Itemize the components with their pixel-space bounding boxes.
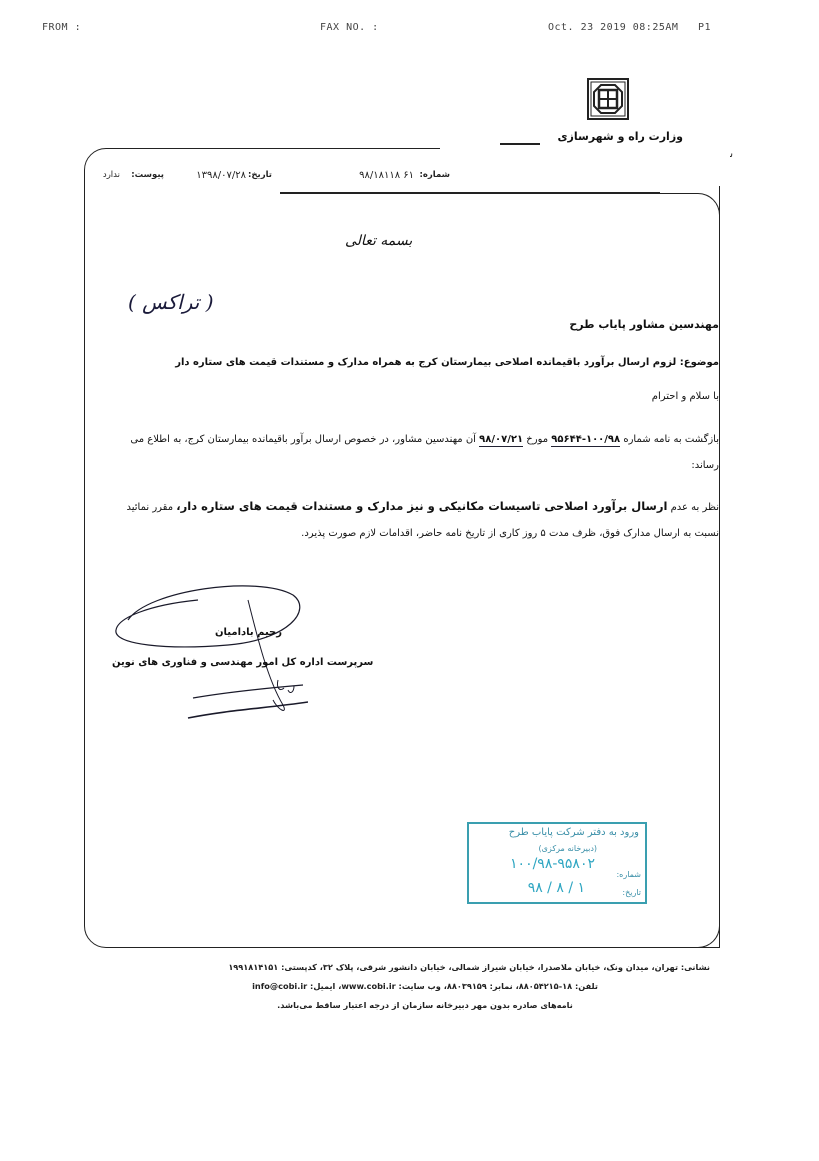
fax-number-label: FAX NO. : [320, 22, 379, 33]
ministry-emblem-icon [587, 78, 629, 120]
letter-frame-top-divider [280, 192, 660, 194]
ministry-name: وزارت راه و شهرسازی [473, 130, 733, 143]
attachment-value: ندارد [103, 170, 120, 180]
salutation: با سلام و احترام [652, 391, 719, 402]
footer-contact: تلفن: ۱۸-۸۸۰۵۴۲۱۵، نمابر: ۸۸۰۳۹۱۵۹، وب س… [140, 977, 710, 996]
para1-mid: مورخ [526, 434, 548, 445]
fax-page: P1 [698, 22, 711, 33]
stamp-number-label: شماره: [616, 870, 641, 879]
reference-number: ۱۰۰/۹۸-۹۵۶۴۴ [551, 434, 620, 447]
fax-timestamp-value: Oct. 23 2019 08:25AM [548, 22, 678, 33]
footer: نشانی: تهران، میدان ونک، خیابان ملاصدرا،… [140, 958, 710, 1015]
footer-address: نشانی: تهران، میدان ونک، خیابان ملاصدرا،… [140, 958, 710, 977]
para2-prefix: نظر به عدم [671, 502, 719, 513]
basmala: بسمه تعالی [345, 233, 412, 249]
stamp-date-label: تاریخ: [622, 888, 641, 897]
signer-title: سرپرست اداره کل امور مهندسی و فناوری های… [112, 657, 373, 668]
handwritten-note: ( تراکس ) [128, 290, 214, 314]
signature-scribble-icon [108, 580, 308, 730]
para2-emphasis: ارسال برآورد اصلاحی تاسیسات مکانیکی و نی… [176, 499, 667, 513]
number-value: ۶۱ ۹۸/۱۸۱۱۸ [359, 170, 414, 181]
letter-meta: شماره: ۶۱ ۹۸/۱۸۱۱۸ تاریخ: ۱۳۹۸/۰۷/۲۸ پیو… [90, 170, 450, 184]
date-label: تاریخ: [248, 170, 272, 180]
reference-date: ۹۸/۰۷/۲۱ [479, 434, 523, 447]
stamp-number-value: ۱۰۰/۹۸-۹۵۸۰۲ [510, 856, 595, 872]
received-stamp: ورود به دفتر شرکت پایاب طرح (دبیرخانه مر… [467, 822, 647, 904]
paragraph-request: نظر به عدم ارسال برآورد اصلاحی تاسیسات م… [109, 493, 719, 547]
number-label: شماره: [419, 170, 450, 180]
fax-timestamp: Oct. 23 2019 08:25AM P1 [548, 22, 711, 33]
footer-note: نامه‌های صادره بدون مهر دبیرخانه سازمان … [140, 996, 710, 1015]
fax-header: FROM : FAX NO. : Oct. 23 2019 08:25AM P1 [0, 22, 819, 38]
recipient: مهندسین مشاور پایاب طرح [569, 318, 719, 331]
fax-from-label: FROM : [42, 22, 81, 33]
para1-prefix: بازگشت به نامه شماره [623, 434, 719, 445]
subject: موضوع: لزوم ارسال برآورد باقیمانده اصلاح… [175, 357, 719, 368]
attachment-label: پیوست: [131, 170, 164, 180]
stamp-date-value: ۹۸ / ۸ / ۱ [528, 880, 585, 896]
paragraph-reference: بازگشت به نامه شماره ۱۰۰/۹۸-۹۵۶۴۴ مورخ ۹… [119, 427, 719, 479]
stamp-title: ورود به دفتر شرکت پایاب طرح [509, 827, 639, 838]
letter-frame-right [640, 193, 720, 948]
stamp-subtitle: (دبیرخانه مرکزی) [539, 844, 597, 853]
signer-name: رحیم بادامیان [215, 627, 282, 638]
date-value: ۱۳۹۸/۰۷/۲۸ [196, 170, 246, 181]
